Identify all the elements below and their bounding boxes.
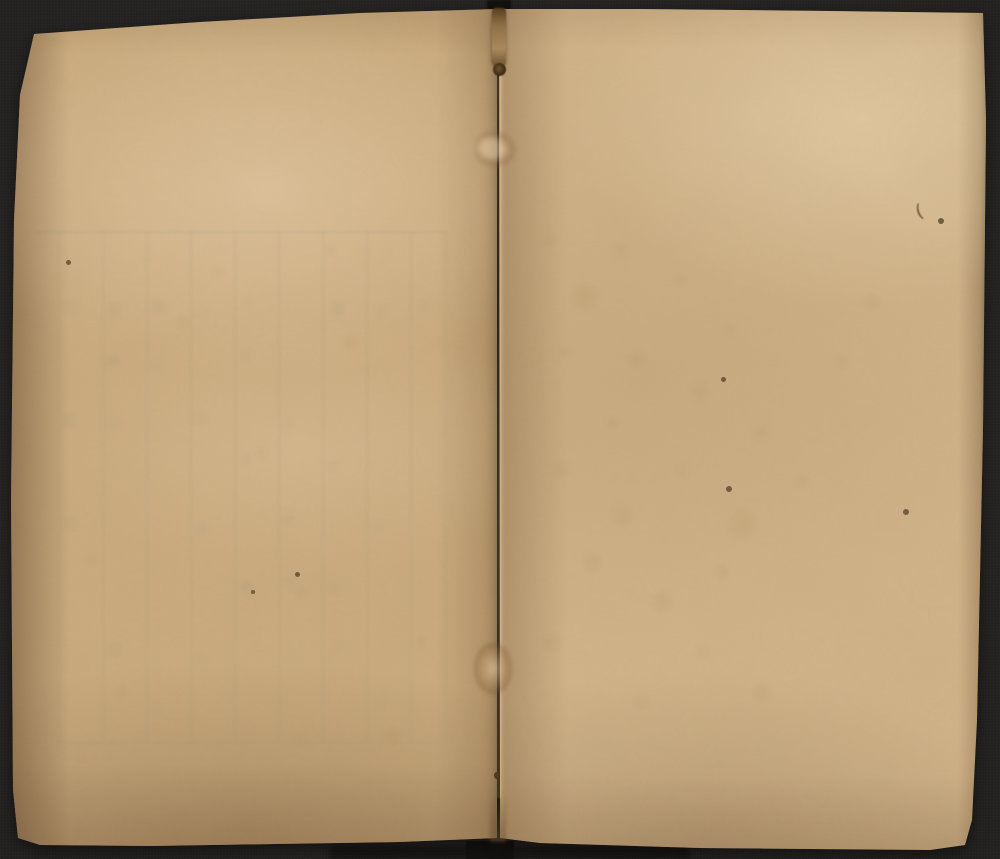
ink-speck bbox=[721, 377, 726, 382]
foxing-spot bbox=[793, 473, 811, 491]
foxing-spot bbox=[687, 379, 713, 405]
foxing-spot bbox=[673, 461, 691, 479]
foxing-spot bbox=[649, 589, 675, 615]
foxing-spot bbox=[751, 681, 773, 703]
foxing-spot bbox=[693, 643, 711, 661]
foxing-spot bbox=[862, 292, 882, 312]
foxing-spot bbox=[626, 349, 648, 371]
foxing-spot bbox=[581, 551, 603, 573]
foxing-spot bbox=[633, 693, 651, 711]
ink-speck bbox=[903, 509, 909, 515]
spine-dark-dot bbox=[494, 772, 499, 779]
foxing-spot bbox=[672, 272, 688, 288]
foxing-spot bbox=[551, 459, 573, 481]
spine-bottom-streak bbox=[490, 792, 506, 842]
foxing-spot bbox=[751, 421, 773, 443]
foxing-spot bbox=[542, 232, 558, 248]
spine-pucker-bottom bbox=[466, 636, 516, 710]
foxing-spot bbox=[610, 240, 630, 260]
foxing-spot bbox=[541, 631, 563, 653]
spine-stitch bbox=[492, 8, 506, 66]
spine-knot bbox=[493, 63, 506, 76]
book-scan: ▤▨▦◫▧▩▥▨▣▧▤▦▨▥▤◧▨▧▦▩▤▣▨▦▤▧◫▥▨▤ ( bbox=[0, 0, 1000, 859]
foxing-spot bbox=[609, 502, 635, 528]
foxing-spot bbox=[557, 343, 575, 361]
foxing-spot bbox=[713, 563, 731, 581]
foxing-spot bbox=[721, 321, 739, 339]
ink-speck bbox=[938, 218, 944, 224]
curl-ink-mark: ( bbox=[913, 202, 925, 221]
foxing-spot bbox=[569, 282, 601, 314]
foxing-spot bbox=[725, 507, 759, 541]
foxing-spot bbox=[603, 415, 621, 433]
foxing-spot bbox=[833, 353, 851, 371]
ink-speck bbox=[726, 486, 732, 492]
